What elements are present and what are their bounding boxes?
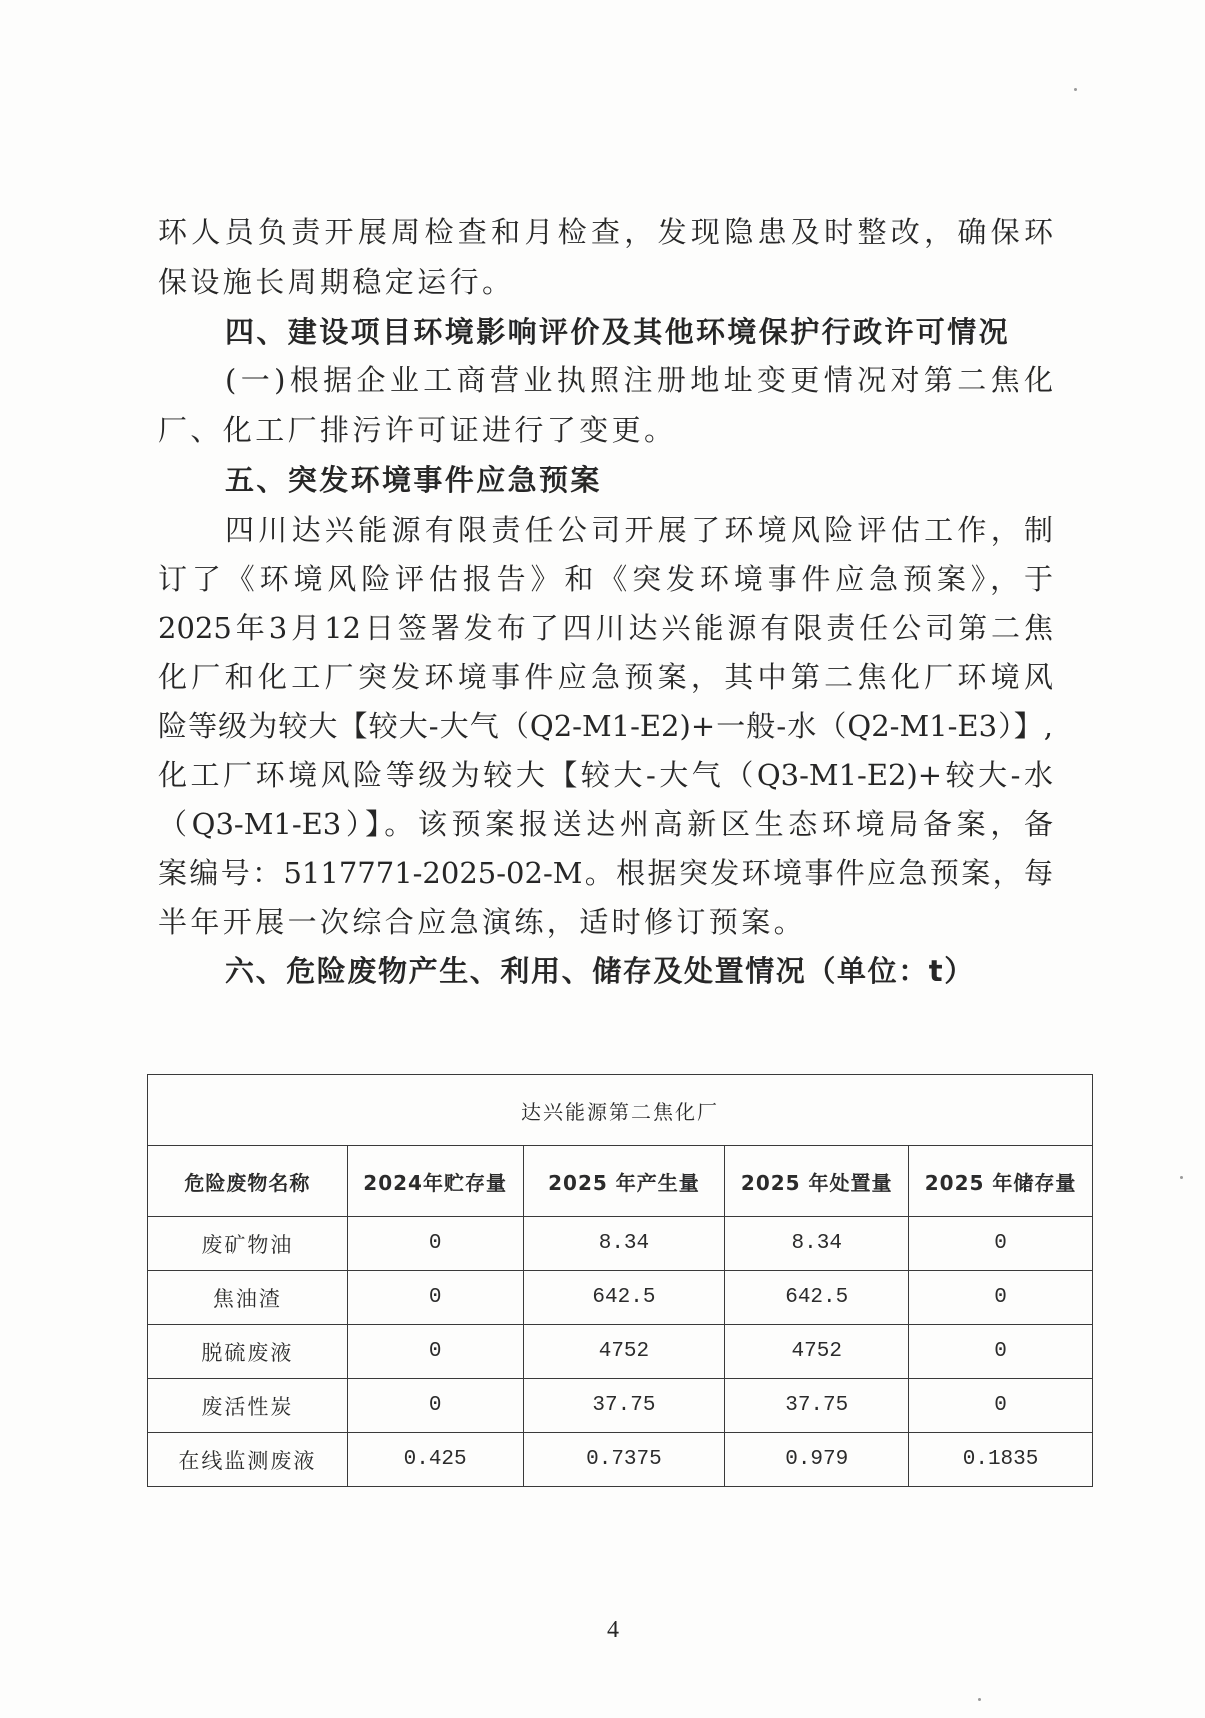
waste-name-cell: 脱硫废液 <box>148 1325 348 1379</box>
table-row: 废矿物油 0 8.34 8.34 0 <box>148 1217 1093 1271</box>
paragraph-continuation-line-2: 保设施长周期稳定运行。 <box>158 264 1058 300</box>
table-row: 脱硫废液 0 4752 4752 0 <box>148 1325 1093 1379</box>
table-row: 在线监测废液 0.425 0.7375 0.979 0.1835 <box>148 1433 1093 1487</box>
section-5-body-line-5: 险等级为较大【较大-大气（Q2-M1-E2)+一般-水（Q2-M1-E3）】, <box>158 708 1053 744</box>
stock-2024-cell: 0 <box>347 1271 523 1325</box>
section-5-body-line-4: 化厂和化工厂突发环境事件应急预案，其中第二焦化厂环境风 <box>158 659 1053 695</box>
waste-name-cell: 在线监测废液 <box>148 1433 348 1487</box>
table-row: 废活性炭 0 37.75 37.75 0 <box>148 1379 1093 1433</box>
generated-2025-cell: 642.5 <box>523 1271 725 1325</box>
waste-name-cell: 废活性炭 <box>148 1379 348 1433</box>
table-plant-row: 达兴能源第二焦化厂 <box>148 1075 1093 1146</box>
stored-2025-cell: 0 <box>909 1379 1093 1433</box>
disposed-2025-cell: 0.979 <box>725 1433 909 1487</box>
stock-2024-cell: 0.425 <box>347 1433 523 1487</box>
scan-speck <box>1074 88 1077 91</box>
generated-2025-cell: 4752 <box>523 1325 725 1379</box>
stock-2024-cell: 0 <box>347 1379 523 1433</box>
hazardous-waste-table: 达兴能源第二焦化厂 危险废物名称 2024年贮存量 2025 年产生量 2025… <box>147 1074 1093 1487</box>
section-4-item-1-line-2: 厂、化工厂排污许可证进行了变更。 <box>158 412 1058 448</box>
stock-2024-cell: 0 <box>347 1217 523 1271</box>
section-4-item-1-line-1: (一)根据企业工商营业执照注册地址变更情况对第二焦化 <box>225 362 1053 398</box>
column-header-2025-stored: 2025 年储存量 <box>909 1146 1093 1217</box>
table-row: 焦油渣 0 642.5 642.5 0 <box>148 1271 1093 1325</box>
scan-speck <box>1180 1176 1183 1179</box>
plant-name-cell: 达兴能源第二焦化厂 <box>148 1075 1093 1146</box>
column-header-2024-stock: 2024年贮存量 <box>347 1146 523 1217</box>
section-5-body-line-7: （Q3-M1-E3）】。该预案报送达州高新区生态环境局备案，备 <box>158 806 1053 842</box>
stock-2024-cell: 0 <box>347 1325 523 1379</box>
document-page: 环人员负责开展周检查和月检查，发现隐患及时整改，确保环 保设施长周期稳定运行。 … <box>0 0 1205 1718</box>
disposed-2025-cell: 4752 <box>725 1325 909 1379</box>
section-6-heading: 六、危险废物产生、利用、储存及处置情况（单位：t） <box>225 953 1125 989</box>
section-5-body-line-2: 订了《环境风险评估报告》和《突发环境事件应急预案》，于 <box>158 561 1053 597</box>
section-5-body-line-3: 2025年3月12日签署发布了四川达兴能源有限责任公司第二焦 <box>158 610 1053 646</box>
generated-2025-cell: 37.75 <box>523 1379 725 1433</box>
disposed-2025-cell: 8.34 <box>725 1217 909 1271</box>
section-5-body-line-9: 半年开展一次综合应急演练，适时修订预案。 <box>158 904 1058 940</box>
column-header-2025-generated: 2025 年产生量 <box>523 1146 725 1217</box>
table-header-row: 危险废物名称 2024年贮存量 2025 年产生量 2025 年处置量 2025… <box>148 1146 1093 1217</box>
stored-2025-cell: 0 <box>909 1271 1093 1325</box>
stored-2025-cell: 0 <box>909 1217 1093 1271</box>
section-5-body-line-6: 化工厂环境风险等级为较大【较大-大气（Q3-M1-E2)+较大-水 <box>158 757 1053 793</box>
waste-name-cell: 废矿物油 <box>148 1217 348 1271</box>
section-5-heading: 五、突发环境事件应急预案 <box>225 462 1125 498</box>
generated-2025-cell: 8.34 <box>523 1217 725 1271</box>
paragraph-continuation-line-1: 环人员负责开展周检查和月检查，发现隐患及时整改，确保环 <box>158 214 1053 250</box>
disposed-2025-cell: 642.5 <box>725 1271 909 1325</box>
section-5-body-line-8: 案编号：5117771-2025-02-M。根据突发环境事件应急预案，每 <box>158 855 1053 891</box>
page-number: 4 <box>600 1617 626 1644</box>
generated-2025-cell: 0.7375 <box>523 1433 725 1487</box>
column-header-2025-disposed: 2025 年处置量 <box>725 1146 909 1217</box>
stored-2025-cell: 0.1835 <box>909 1433 1093 1487</box>
stored-2025-cell: 0 <box>909 1325 1093 1379</box>
section-4-heading: 四、建设项目环境影响评价及其他环境保护行政许可情况 <box>225 314 1125 350</box>
column-header-waste-name: 危险废物名称 <box>148 1146 348 1217</box>
scan-speck <box>978 1698 981 1701</box>
waste-name-cell: 焦油渣 <box>148 1271 348 1325</box>
disposed-2025-cell: 37.75 <box>725 1379 909 1433</box>
section-5-body-line-1: 四川达兴能源有限责任公司开展了环境风险评估工作，制 <box>225 512 1053 548</box>
